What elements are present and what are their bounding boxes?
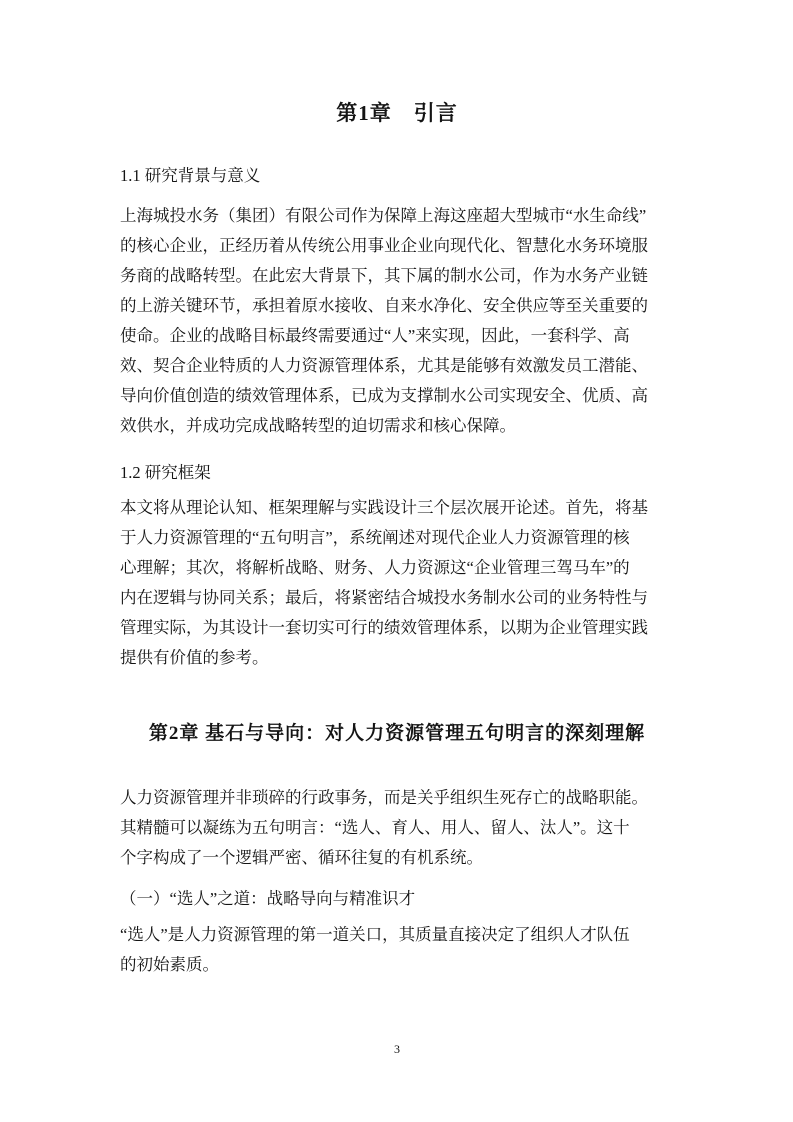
section-1-1-heading: 1.1 研究背景与意义 [120, 163, 674, 189]
text-line: 心理解；其次，将解析战略、财务、人力资源这“企业管理三驾马车”的 [120, 553, 674, 583]
text-line: 使命。企业的战略目标最终需要通过“人”来实现，因此，一套科学、高 [120, 321, 674, 351]
document-page: 第1章 引言 1.1 研究背景与意义 上海城投水务（集团）有限公司作为保障上海这… [0, 0, 793, 1122]
text-line: 效、契合企业特质的人力资源管理体系，尤其是能够有效激发员工潜能、 [120, 351, 674, 381]
chapter-2-title: 第2章 基石与导向：对人力资源管理五句明言的深刻理解 [120, 718, 674, 750]
text-line: 提供有价值的参考。 [120, 643, 674, 673]
text-line: 上海城投水务（集团）有限公司作为保障上海这座超大型城市“水生命线” [120, 201, 674, 231]
text-line: 管理实际，为其设计一套切实可行的绩效管理体系，以期为企业管理实践 [120, 613, 674, 643]
subsection-heading-xuanren: （一）“选人”之道：战略导向与精准识才 [120, 886, 674, 912]
text-line: 于人力资源管理的“五句明言”，系统阐述对现代企业人力资源管理的核 [120, 523, 674, 553]
text-line: 个字构成了一个逻辑严密、循环往复的有机系统。 [120, 843, 674, 873]
section-1-2-heading: 1.2 研究框架 [120, 460, 674, 486]
text-line: 效供水，并成功完成战略转型的迫切需求和核心保障。 [120, 411, 674, 441]
text-line: 的上游关键环节，承担着原水接收、自来水净化、安全供应等至关重要的 [120, 291, 674, 321]
text-line: 务商的战略转型。在此宏大背景下，其下属的制水公司，作为水务产业链 [120, 261, 674, 291]
text-line: 导向价值创造的绩效管理体系，已成为支撑制水公司实现安全、优质、高 [120, 381, 674, 411]
text-line: 的核心企业，正经历着从传统公用事业企业向现代化、智慧化水务环境服 [120, 231, 674, 261]
text-line: “选人”是人力资源管理的第一道关口，其质量直接决定了组织人才队伍 [120, 920, 674, 950]
text-line: 本文将从理论认知、框架理解与实践设计三个层次展开论述。首先，将基 [120, 493, 674, 523]
text-line: 内在逻辑与协同关系；最后，将紧密结合城投水务制水公司的业务特性与 [120, 583, 674, 613]
paragraph-research-framework: 本文将从理论认知、框架理解与实践设计三个层次展开论述。首先，将基于人力资源管理的… [120, 493, 674, 673]
chapter-1-title: 第1章 引言 [120, 96, 674, 130]
text-line: 人力资源管理并非琐碎的行政事务，而是关乎组织生死存亡的战略职能。 [120, 783, 674, 813]
text-line: 其精髓可以凝练为五句明言：“选人、育人、用人、留人、汰人”。这十 [120, 813, 674, 843]
text-line: 的初始素质。 [120, 950, 674, 980]
page-number: 3 [120, 1041, 674, 1057]
paragraph-hr-five-maxims-intro: 人力资源管理并非琐碎的行政事务，而是关乎组织生死存亡的战略职能。其精髓可以凝练为… [120, 783, 674, 873]
paragraph-xuanren-body: “选人”是人力资源管理的第一道关口，其质量直接决定了组织人才队伍的初始素质。 [120, 920, 674, 980]
paragraph-research-background: 上海城投水务（集团）有限公司作为保障上海这座超大型城市“水生命线”的核心企业，正… [120, 201, 674, 441]
